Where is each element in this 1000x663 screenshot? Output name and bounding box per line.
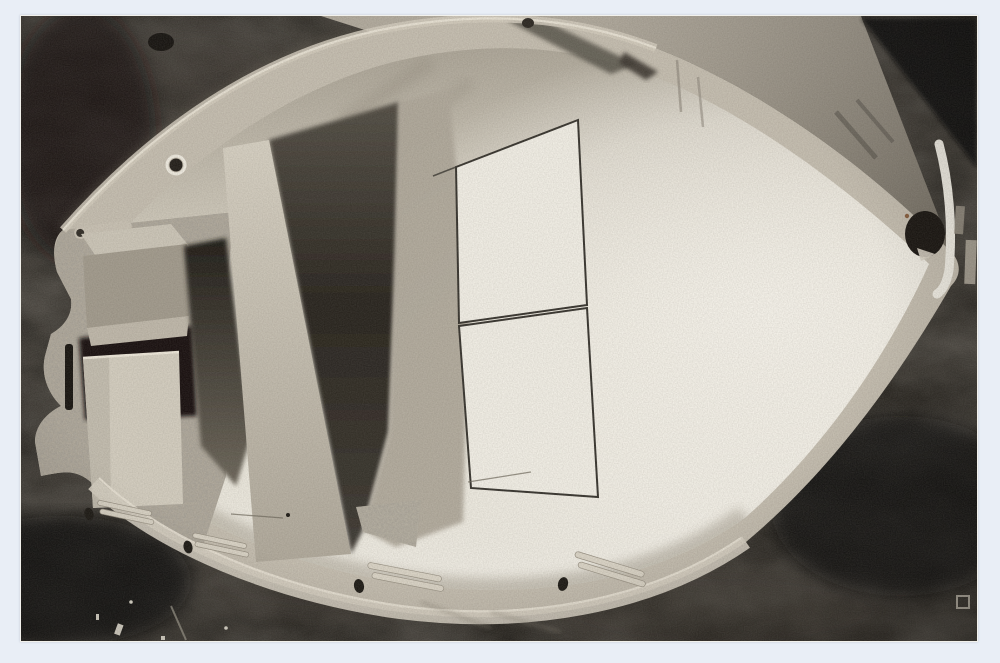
scan-page: { "page": { "background": "#e9eef6" }, "… <box>0 0 1000 663</box>
vignette <box>21 16 977 641</box>
boat-photograph <box>20 15 978 642</box>
photo-scene <box>21 16 977 641</box>
